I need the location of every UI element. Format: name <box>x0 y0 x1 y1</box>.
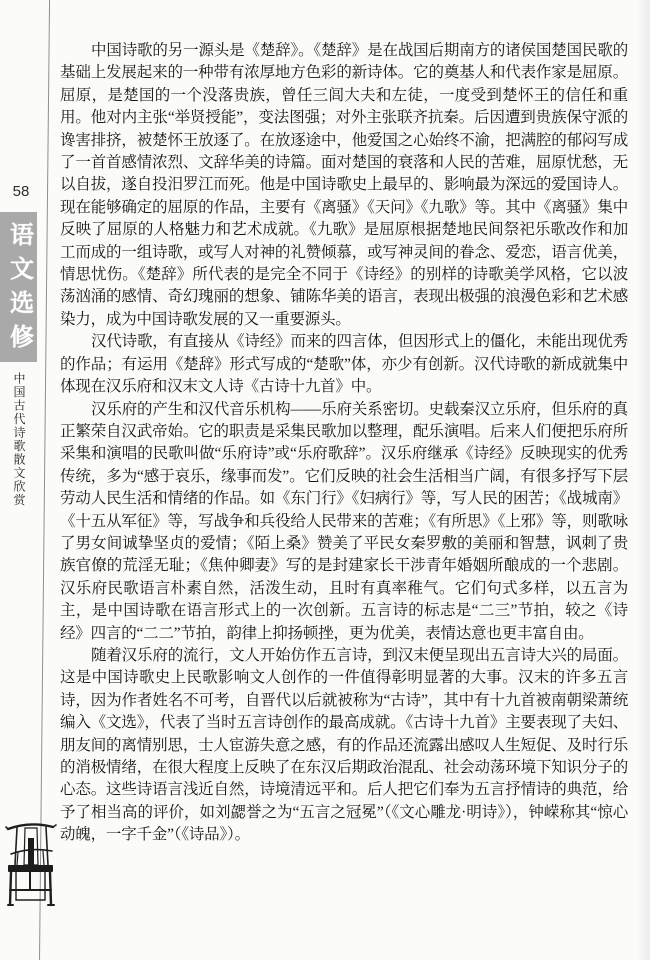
paragraph-han-poetry: 汉代诗歌，有直接从《诗经》而来的四言体，但因形式上的僵化，未能出现优秀的作品；有… <box>60 331 628 398</box>
lesson-text: 中国诗歌的另一源头是《楚辞》。《楚辞》是在战国后期南方的诸侯国楚国民歌的基础上发… <box>60 40 628 847</box>
series-label: 语文选修 <box>7 216 31 358</box>
book-title-vertical: 中国古代诗歌散文欣赏 <box>13 372 25 507</box>
ming-chair-icon <box>3 816 59 912</box>
textbook-page: 58 语文选修 中国古代诗歌散文欣赏 中国诗歌的另一 <box>0 0 650 960</box>
page-number: 58 <box>6 183 36 200</box>
paragraph-han-yuefu: 汉乐府的产生和汉代音乐机构——乐府关系密切。史载秦汉立乐府，但乐府的真正繁荣自汉… <box>60 399 628 645</box>
paragraph-nineteen-old-poems: 随着汉乐府的流行，文人开始仿作五言诗，到汉末便呈现出五言诗大兴的局面。这是中国诗… <box>60 645 628 847</box>
paragraph-chuci: 中国诗歌的另一源头是《楚辞》。《楚辞》是在战国后期南方的诸侯国楚国民歌的基础上发… <box>60 40 628 331</box>
series-label-box: 语文选修 <box>0 212 37 362</box>
